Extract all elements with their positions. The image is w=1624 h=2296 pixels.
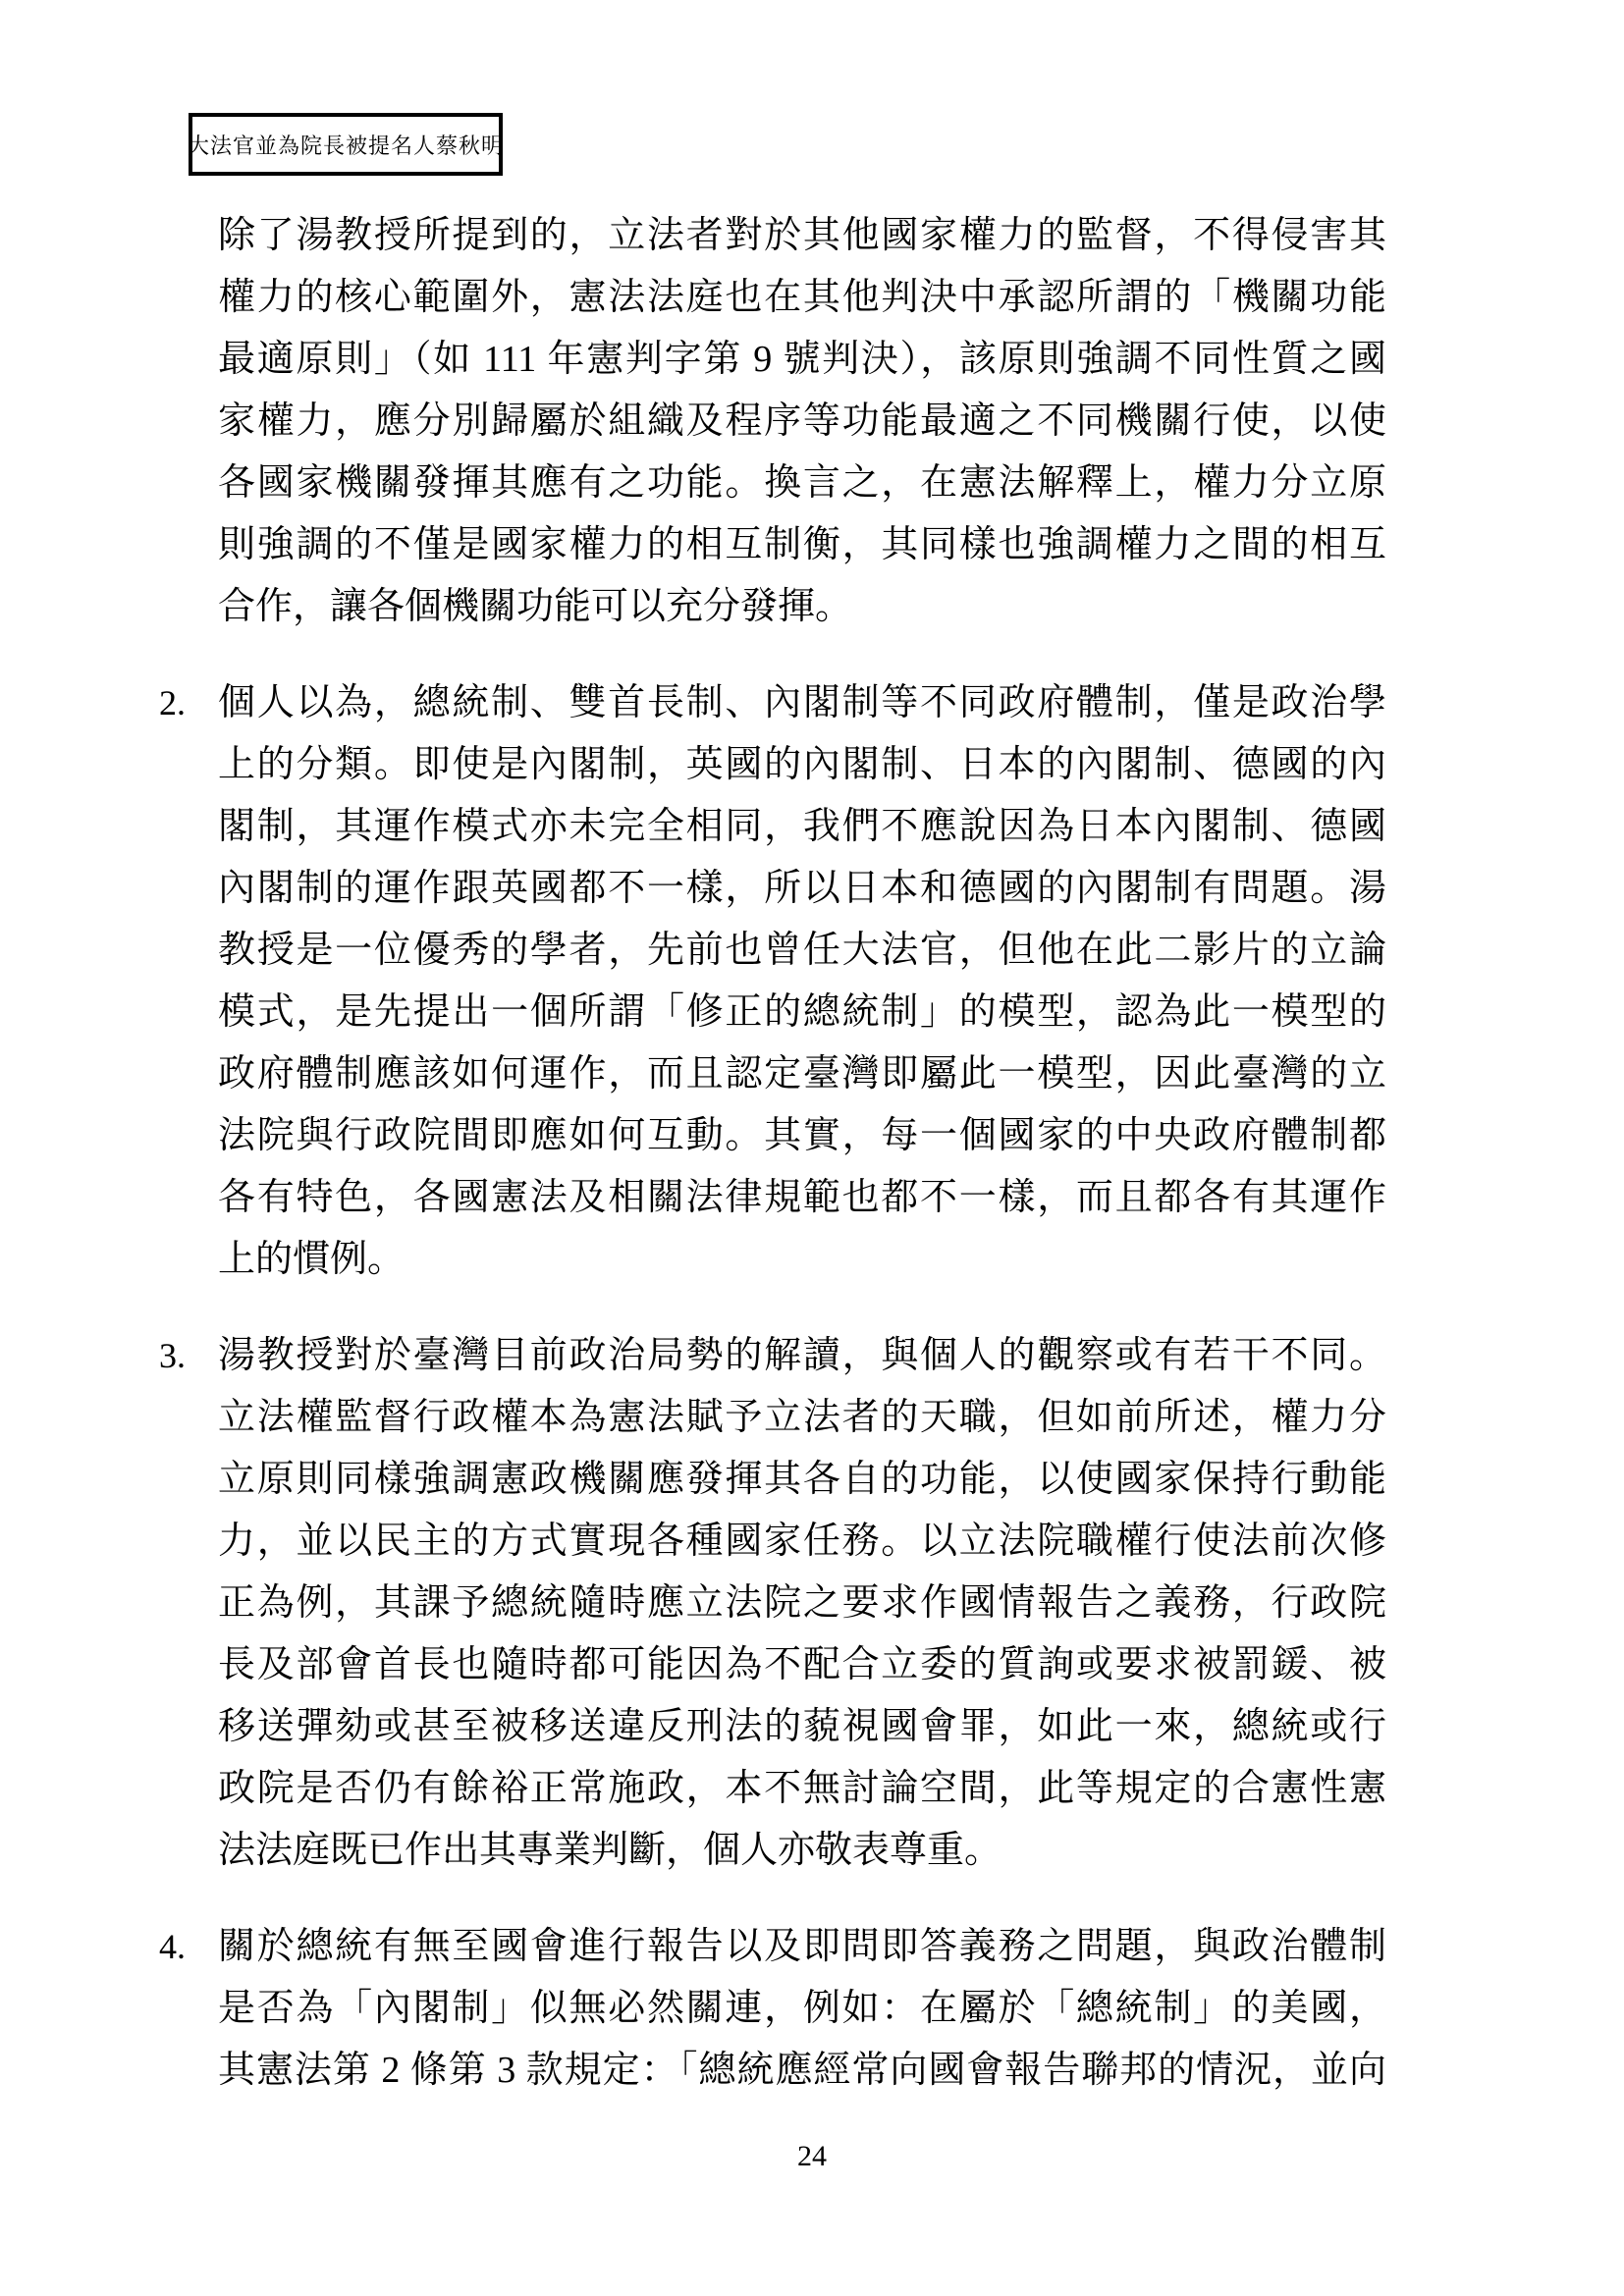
list-item: 4.關於總統有無至國會進行報告以及即問即答義務之問題，與政治體制是否為「內閣制」… xyxy=(159,1916,1386,2102)
paragraph-line: 模式，是先提出一個所謂「修正的總統制」的模型，認為此一模型的 xyxy=(218,982,1386,1043)
paragraph-line: 各國家機關發揮其應有之功能。換言之，在憲法解釋上，權力分立原 xyxy=(218,453,1386,514)
paragraph-line: 除了湯教授所提到的，立法者對於其他國家權力的監督，不得侵害其 xyxy=(218,205,1386,267)
paragraph-line: 內閣制的運作跟英國都不一樣，所以日本和德國的內閣制有問題。湯 xyxy=(218,858,1386,920)
paragraph: 除了湯教授所提到的，立法者對於其他國家權力的監督，不得侵害其權力的核心範圍外，憲… xyxy=(218,205,1386,638)
paragraph-line: 立法權監督行政權本為憲法賦予立法者的天職，但如前所述，權力分 xyxy=(218,1387,1386,1449)
document-page: 大法官並為院長被提名人蔡秋明 除了湯教授所提到的，立法者對於其他國家權力的監督，… xyxy=(0,0,1624,2296)
paragraph-line: 個人以為，總統制、雙首長制、內閣制等不同政府體制，僅是政治學 xyxy=(218,672,1386,734)
paragraph-line: 關於總統有無至國會進行報告以及即問即答義務之問題，與政治體制 xyxy=(218,1916,1386,1978)
header-title: 大法官並為院長被提名人蔡秋明 xyxy=(188,130,504,160)
paragraph-line: 正為例，其課予總統隨時應立法院之要求作國情報告之義務，行政院 xyxy=(218,1573,1386,1634)
paragraph-line: 合作，讓各個機關功能可以充分發揮。 xyxy=(218,576,1386,638)
paragraph-line: 上的慣例。 xyxy=(218,1229,1386,1291)
paragraph-line: 其憲法第 2 條第 3 款規定：「總統應經常向國會報告聯邦的情況，並向 xyxy=(218,2040,1386,2102)
paragraph-line: 力，並以民主的方式實現各種國家任務。以立法院職權行使法前次修 xyxy=(218,1511,1386,1573)
paragraph-line: 法法庭既已作出其專業判斷，個人亦敬表尊重。 xyxy=(218,1820,1386,1882)
paragraph-line: 法院與行政院間即應如何互動。其實，每一個國家的中央政府體制都 xyxy=(218,1105,1386,1167)
paragraph: 關於總統有無至國會進行報告以及即問即答義務之問題，與政治體制是否為「內閣制」似無… xyxy=(218,1916,1386,2102)
list-item: 3.湯教授對於臺灣目前政治局勢的解讀，與個人的觀察或有若干不同。立法權監督行政權… xyxy=(159,1325,1386,1882)
paragraph-line: 閣制，其運作模式亦未完全相同，我們不應說因為日本內閣制、德國 xyxy=(218,796,1386,858)
list-marker: 2. xyxy=(159,672,218,734)
paragraph-line: 權力的核心範圍外，憲法法庭也在其他判決中承認所謂的「機關功能 xyxy=(218,267,1386,329)
paragraph-line: 則強調的不僅是國家權力的相互制衡，其同樣也強調權力之間的相互 xyxy=(218,514,1386,576)
paragraph: 個人以為，總統制、雙首長制、內閣制等不同政府體制，僅是政治學上的分類。即使是內閣… xyxy=(218,672,1386,1291)
paragraph-line: 湯教授對於臺灣目前政治局勢的解讀，與個人的觀察或有若干不同。 xyxy=(218,1325,1386,1387)
list-item: 除了湯教授所提到的，立法者對於其他國家權力的監督，不得侵害其權力的核心範圍外，憲… xyxy=(159,205,1386,638)
list-item: 2.個人以為，總統制、雙首長制、內閣制等不同政府體制，僅是政治學上的分類。即使是… xyxy=(159,672,1386,1291)
paragraph-line: 政府體制應該如何運作，而且認定臺灣即屬此一模型，因此臺灣的立 xyxy=(218,1043,1386,1105)
paragraph-line: 政院是否仍有餘裕正常施政，本不無討論空間，此等規定的合憲性憲 xyxy=(218,1758,1386,1820)
paragraph-line: 是否為「內閣制」似無必然關連，例如：在屬於「總統制」的美國， xyxy=(218,1978,1386,2040)
paragraph-line: 教授是一位優秀的學者，先前也曾任大法官，但他在此二影片的立論 xyxy=(218,920,1386,982)
paragraph-line: 家權力，應分別歸屬於組織及程序等功能最適之不同機關行使，以使 xyxy=(218,391,1386,453)
paragraph-line: 長及部會首長也隨時都可能因為不配合立委的質詢或要求被罰鍰、被 xyxy=(218,1634,1386,1696)
paragraph-line: 立原則同樣強調憲政機關應發揮其各自的功能，以使國家保持行動能 xyxy=(218,1449,1386,1511)
header-box: 大法官並為院長被提名人蔡秋明 xyxy=(189,113,503,176)
list-marker: 4. xyxy=(159,1916,218,1978)
paragraph-line: 移送彈劾或甚至被移送違反刑法的藐視國會罪，如此一來，總統或行 xyxy=(218,1696,1386,1758)
paragraph-line: 最適原則」（如 111 年憲判字第 9 號判決），該原則強調不同性質之國 xyxy=(218,329,1386,391)
paragraph-line: 各有特色，各國憲法及相關法律規範也都不一樣，而且都各有其運作 xyxy=(218,1167,1386,1229)
document-body: 除了湯教授所提到的，立法者對於其他國家權力的監督，不得侵害其權力的核心範圍外，憲… xyxy=(159,205,1386,2136)
paragraph-line: 上的分類。即使是內閣制，英國的內閣制、日本的內閣制、德國的內 xyxy=(218,734,1386,796)
page-number: 24 xyxy=(0,2140,1624,2173)
paragraph: 湯教授對於臺灣目前政治局勢的解讀，與個人的觀察或有若干不同。立法權監督行政權本為… xyxy=(218,1325,1386,1882)
list-marker: 3. xyxy=(159,1325,218,1387)
